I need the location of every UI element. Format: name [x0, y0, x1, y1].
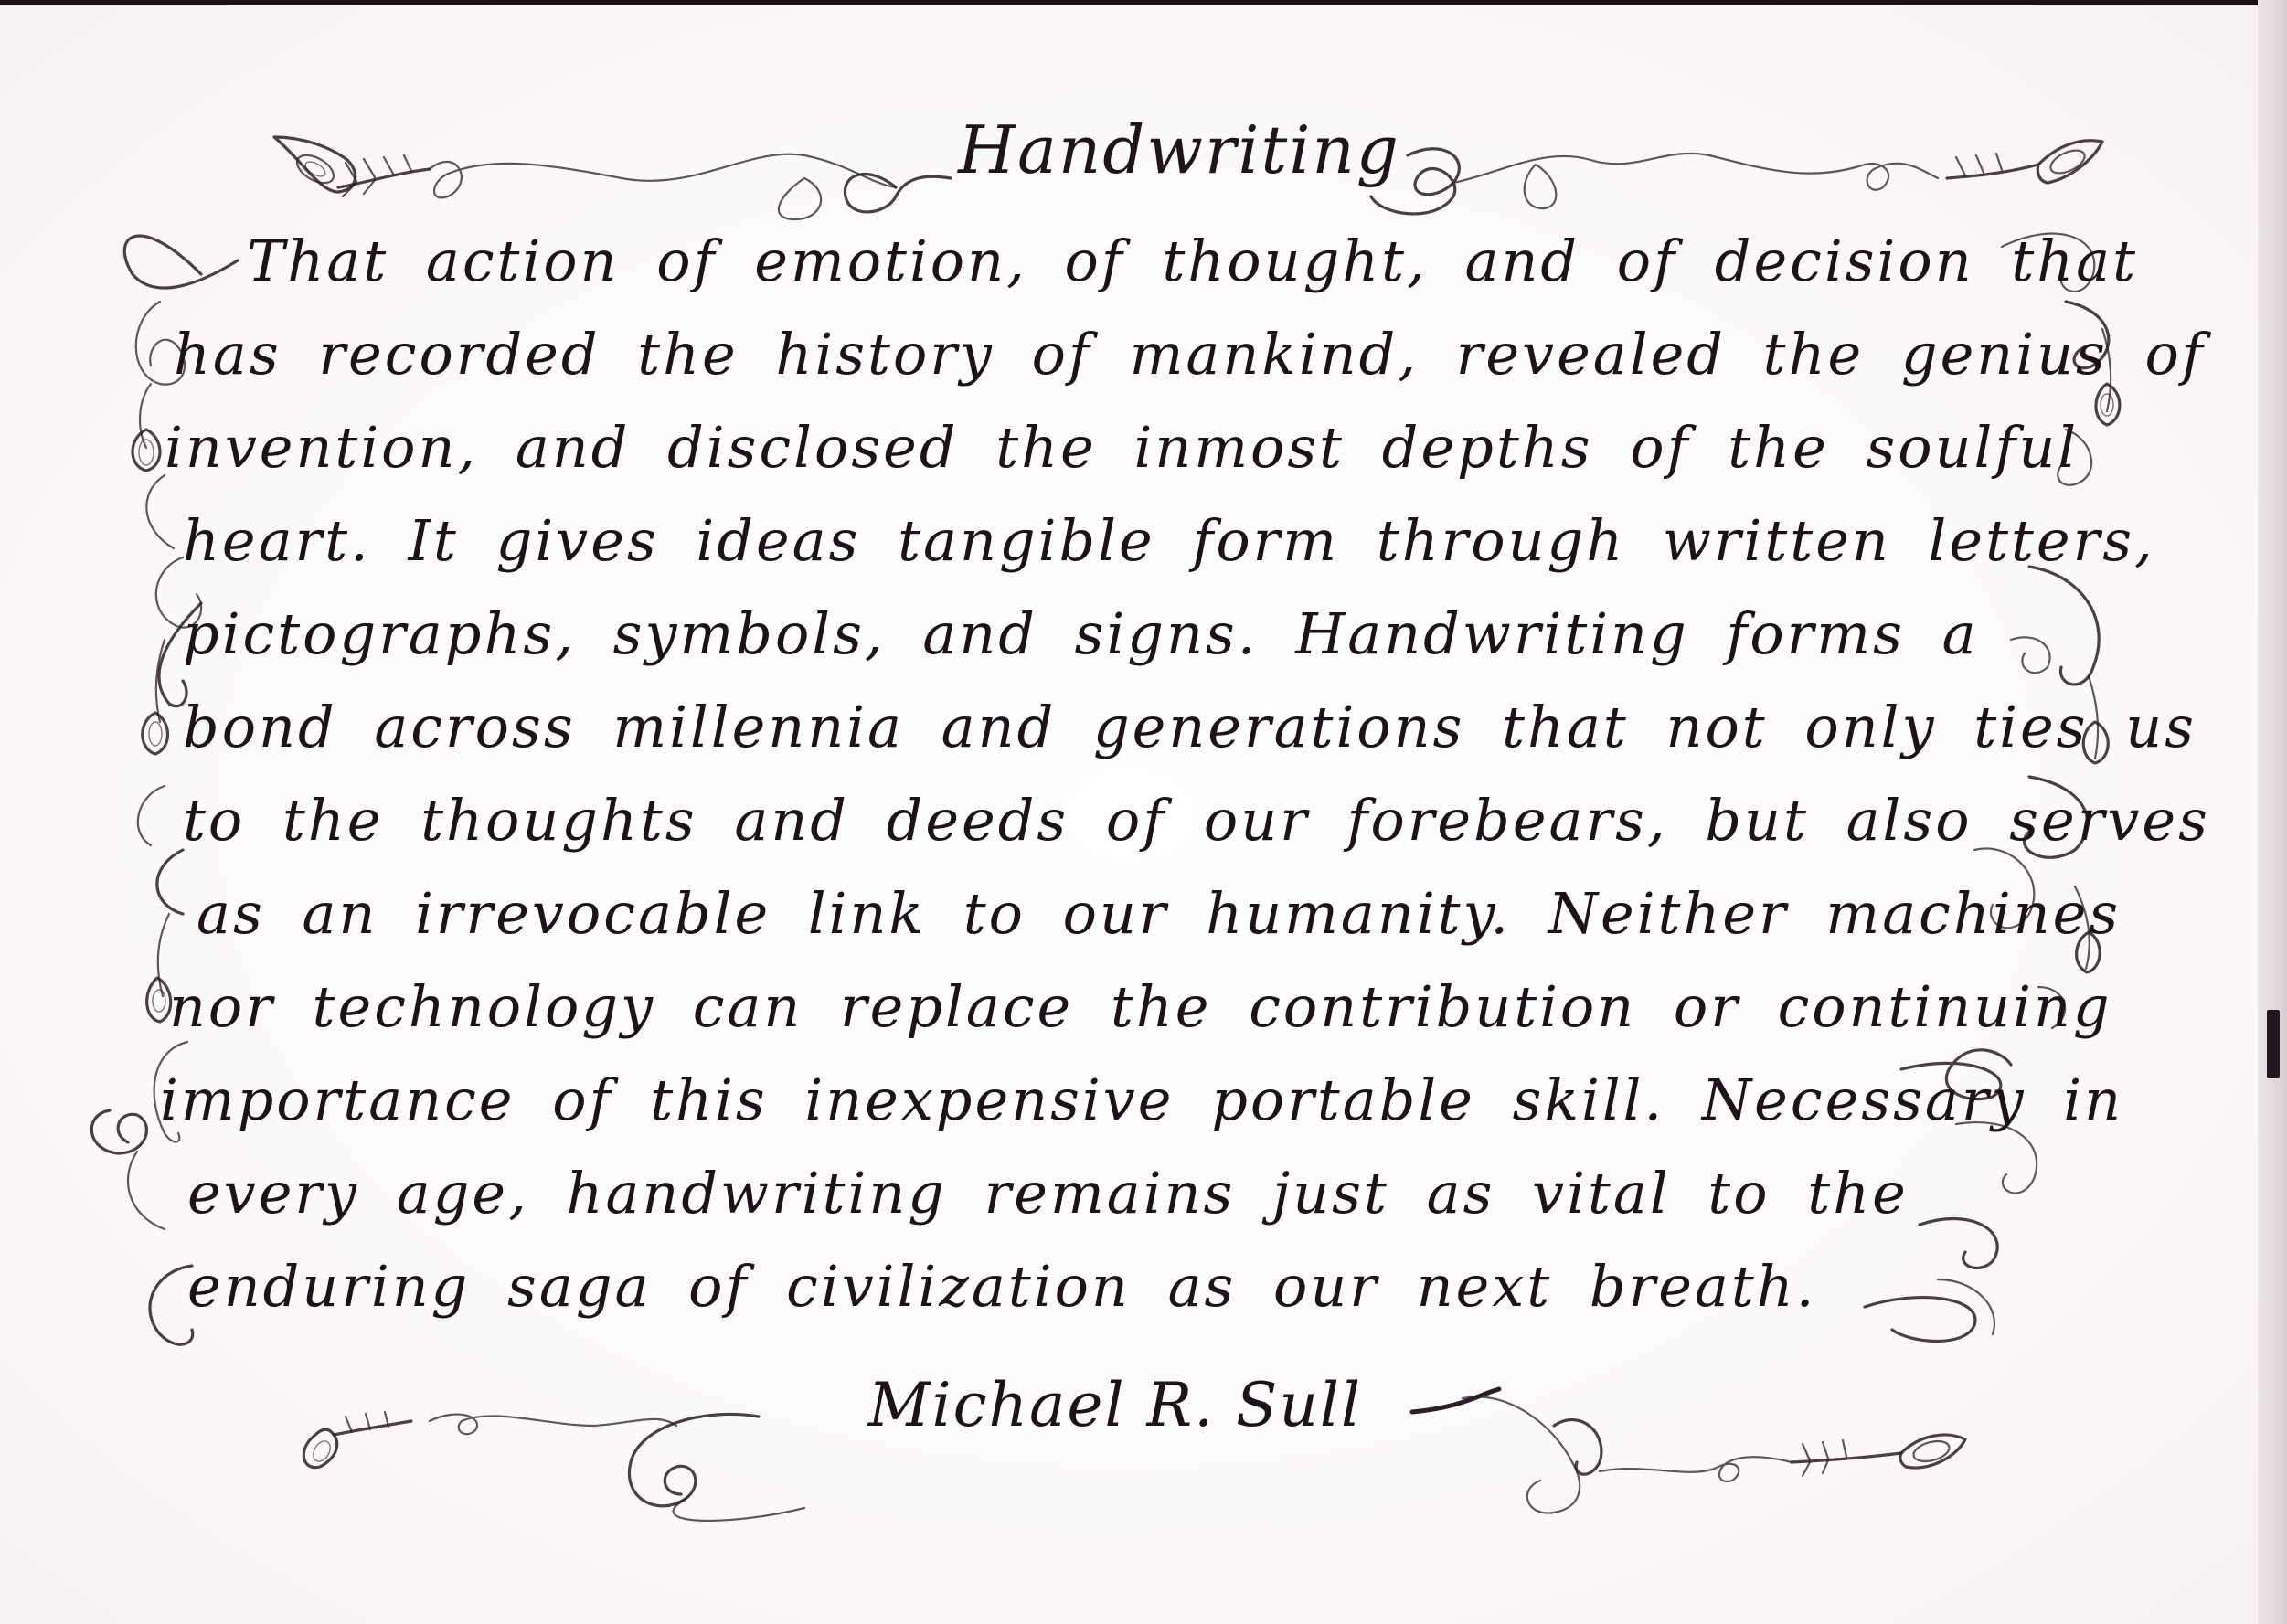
text-line: every age, handwriting remains just as v…	[146, 1147, 2121, 1240]
signature: Michael R. Sull	[750, 1375, 1481, 1436]
text-line: That action of emotion, of thought, and …	[146, 215, 2121, 308]
text-line: pictographs, symbols, and signs. Handwri…	[146, 588, 2121, 681]
text-line: bond across millennia and generations th…	[146, 681, 2121, 774]
page-title: Handwriting	[951, 117, 1408, 183]
text-line: nor technology can replace the contribut…	[146, 961, 2121, 1054]
paper-edge	[2258, 0, 2287, 1624]
body-text: That action of emotion, of thought, and …	[146, 215, 2121, 1333]
binder-clip	[2267, 1010, 2280, 1078]
text-line: has recorded the history of mankind, rev…	[146, 308, 2121, 401]
text-line: importance of this inexpensive portable …	[146, 1054, 2121, 1147]
text-line: as an irrevocable link to our humanity. …	[146, 867, 2121, 961]
text-line: heart. It gives ideas tangible form thro…	[146, 494, 2121, 588]
text-line: invention, and disclosed the inmost dept…	[146, 401, 2121, 494]
text-line: to the thoughts and deeds of our forebea…	[146, 774, 2121, 867]
text-line: enduring saga of civilization as our nex…	[146, 1240, 2121, 1333]
